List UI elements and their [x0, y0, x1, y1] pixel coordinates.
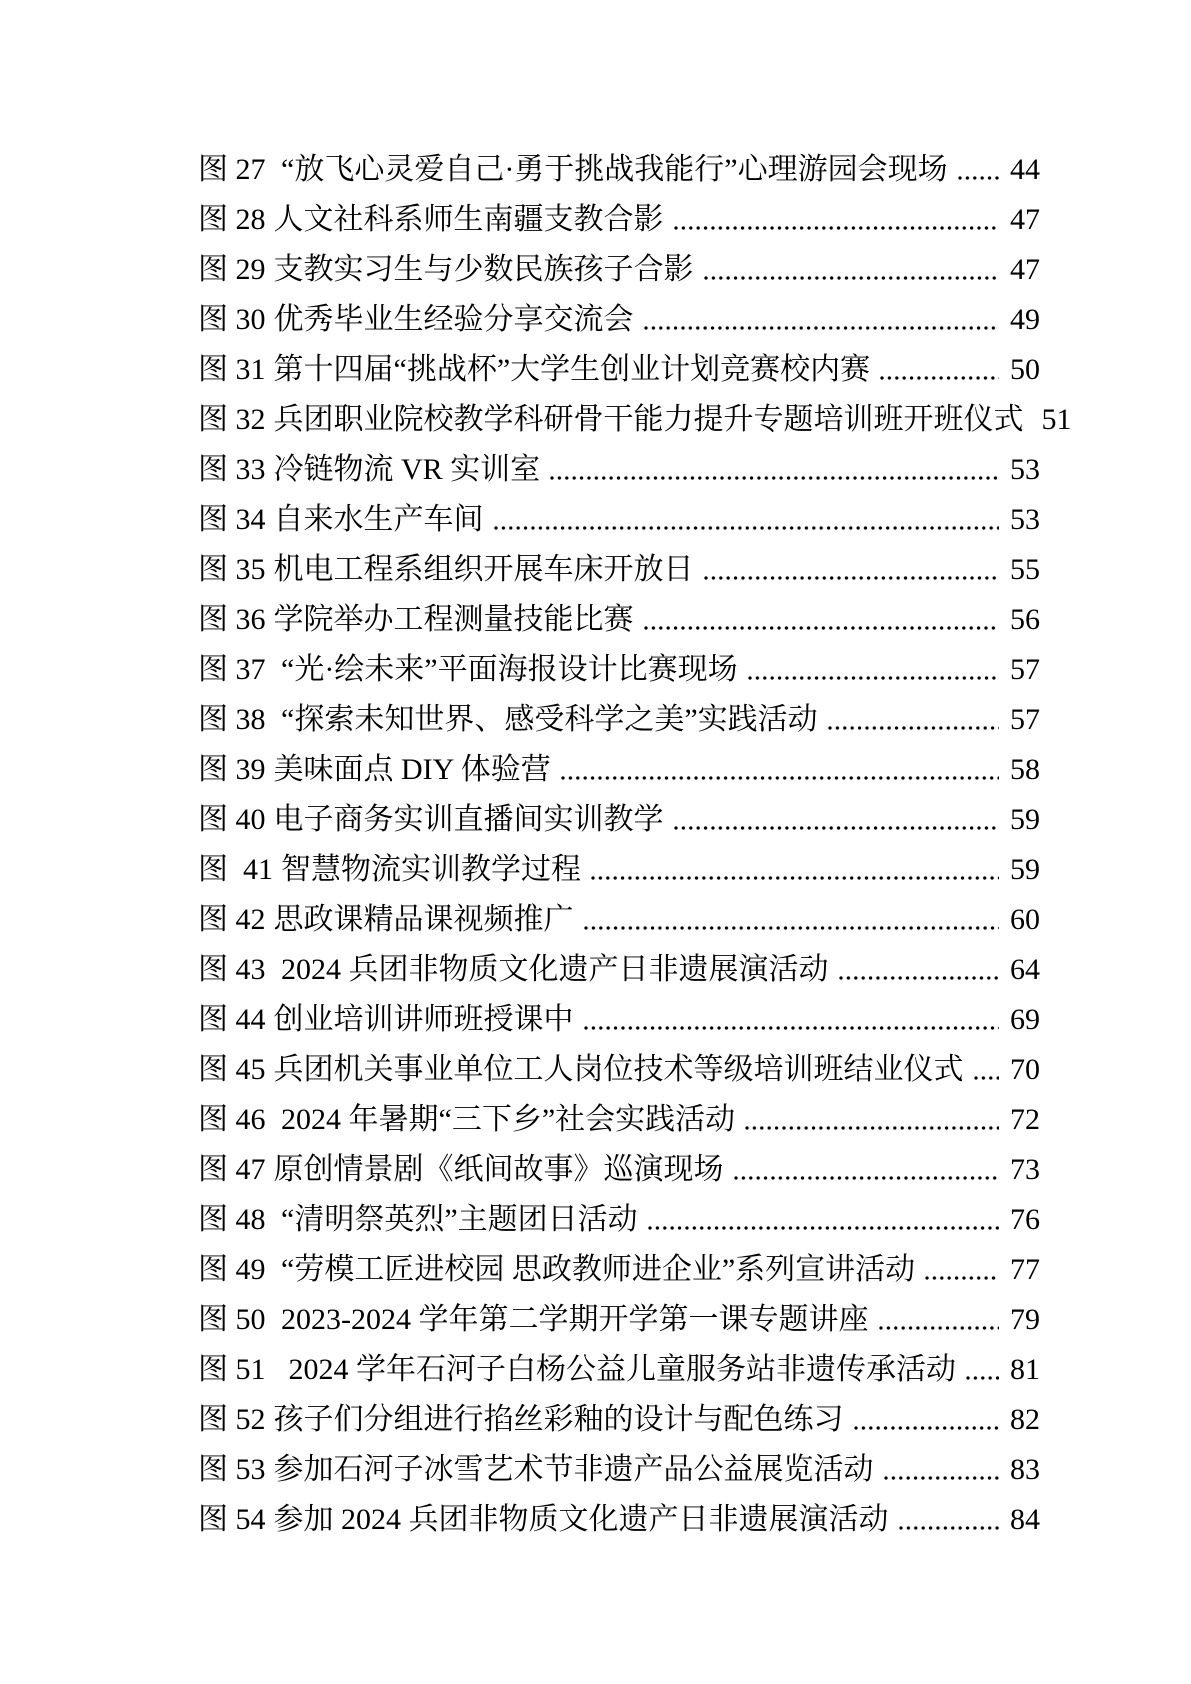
- figure-title: 思政课精品课视频推广: [274, 902, 574, 938]
- dot-leader: [956, 1345, 1006, 1395]
- figure-label: 图 35: [198, 552, 266, 588]
- dot-leader: [735, 1095, 1006, 1145]
- page-number: 44: [1006, 152, 1040, 188]
- page-number: 79: [1006, 1302, 1040, 1338]
- figure-label: 图 41: [198, 852, 273, 888]
- figure-label: 图 44: [198, 1002, 266, 1038]
- figure-label: 图 50: [198, 1302, 266, 1338]
- page-number: 60: [1006, 902, 1040, 938]
- toc-entry: 图 37 “光·绘未来”平面海报设计比赛现场 57: [198, 645, 1040, 695]
- figure-label: 图 29: [198, 252, 266, 288]
- figure-title: “探索未知世界、感受科学之美”实践活动: [274, 702, 818, 738]
- dot-leader: [540, 445, 1006, 495]
- figure-label: 图 38: [198, 702, 266, 738]
- toc-entry: 图 39 美味面点 DIY 体验营 58: [198, 745, 1040, 795]
- toc-entry: 图 35 机电工程系组织开展车床开放日 55: [198, 545, 1040, 595]
- page-number: 55: [1006, 552, 1040, 588]
- figure-title: 电子商务实训直播间实训教学: [274, 802, 664, 838]
- dot-leader: [724, 1145, 1007, 1195]
- figure-title: “清明祭英烈”主题团日活动: [274, 1202, 638, 1238]
- dot-leader: [694, 545, 1007, 595]
- dot-leader: [1024, 395, 1038, 445]
- dot-leader: [664, 195, 1007, 245]
- toc-entry: 图 36 学院举办工程测量技能比赛 56: [198, 595, 1040, 645]
- figure-label: 图 34: [198, 502, 266, 538]
- page-number: 70: [1006, 1052, 1040, 1088]
- figure-title: 孩子们分组进行掐丝彩釉的设计与配色练习: [274, 1402, 844, 1438]
- toc-entry: 图 46 2024 年暑期“三下乡”社会实践活动 72: [198, 1095, 1040, 1145]
- dot-leader: [818, 695, 1006, 745]
- toc-entry: 图 29 支教实习生与少数民族孩子合影 47: [198, 245, 1040, 295]
- figures-list: 图 27 “放飞心灵爱自己·勇于挑战我能行”心理游园会现场 44 图 28 人文…: [0, 0, 1191, 1545]
- dot-leader: [484, 495, 1007, 545]
- figure-title: 人文社科系师生南疆支教合影: [274, 202, 664, 238]
- page-number: 69: [1006, 1002, 1040, 1038]
- figure-label: 图 45: [198, 1052, 266, 1088]
- figure-label: 图 31: [198, 352, 266, 388]
- dot-leader: [869, 1295, 1007, 1345]
- figure-label: 图 51: [198, 1352, 266, 1388]
- toc-entry: 图 44 创业培训讲师班授课中 69: [198, 995, 1040, 1045]
- dot-leader: [915, 1245, 1006, 1295]
- figure-title: 自来水生产车间: [274, 502, 484, 538]
- page-number: 64: [1006, 952, 1040, 988]
- figure-label: 图 37: [198, 652, 266, 688]
- dot-leader: [574, 895, 1007, 945]
- figure-title: 兵团职业院校教学科研骨干能力提升专题培训班开班仪式: [274, 402, 1024, 438]
- figure-title: 支教实习生与少数民族孩子合影: [274, 252, 694, 288]
- toc-entry: 图 48 “清明祭英烈”主题团日活动 76: [198, 1195, 1040, 1245]
- document-page: 图 27 “放飞心灵爱自己·勇于挑战我能行”心理游园会现场 44 图 28 人文…: [0, 0, 1191, 1684]
- figure-label: 图 43: [198, 952, 266, 988]
- dot-leader: [664, 795, 1007, 845]
- figure-title: 机电工程系组织开展车床开放日: [274, 552, 694, 588]
- toc-entry: 图 43 2024 兵团非物质文化遗产日非遗展演活动 64: [198, 945, 1040, 995]
- page-number: 57: [1006, 652, 1040, 688]
- page-number: 51: [1038, 402, 1072, 438]
- dot-leader: [574, 995, 1007, 1045]
- figure-title: 优秀毕业生经验分享交流会: [274, 302, 634, 338]
- page-number: 76: [1006, 1202, 1040, 1238]
- page-number: 57: [1006, 702, 1040, 738]
- page-number: 83: [1006, 1452, 1040, 1488]
- figure-label: 图 40: [198, 802, 266, 838]
- figure-label: 图 36: [198, 602, 266, 638]
- figure-title: 第十四届“挑战杯”大学生创业计划竞赛校内赛: [274, 352, 871, 388]
- figure-label: 图 46: [198, 1102, 266, 1138]
- toc-entry: 图 45 兵团机关事业单位工人岗位技术等级培训班结业仪式 70: [198, 1045, 1040, 1095]
- page-number: 47: [1006, 202, 1040, 238]
- page-number: 73: [1006, 1152, 1040, 1188]
- toc-entry: 图 54 参加 2024 兵团非物质文化遗产日非遗展演活动 84: [198, 1495, 1040, 1545]
- page-number: 82: [1006, 1402, 1040, 1438]
- figure-label: 图 30: [198, 302, 266, 338]
- toc-entry: 图 50 2023-2024 学年第二学期开学第一课专题讲座 79: [198, 1295, 1040, 1345]
- figure-label: 图 28: [198, 202, 266, 238]
- page-number: 59: [1006, 802, 1040, 838]
- figure-title: 智慧物流实训教学过程: [281, 852, 581, 888]
- page-number: 49: [1006, 302, 1040, 338]
- figure-title: 2024 年暑期“三下乡”社会实践活动: [274, 1102, 736, 1138]
- figure-label: 图 47: [198, 1152, 266, 1188]
- dot-leader: [551, 745, 1006, 795]
- toc-entry: 图 52 孩子们分组进行掐丝彩釉的设计与配色练习 82: [198, 1395, 1040, 1445]
- figure-title: 学院举办工程测量技能比赛: [274, 602, 634, 638]
- toc-entry: 图 49 “劳模工匠进校园 思政教师进企业”系列宣讲活动 77: [198, 1245, 1040, 1295]
- figure-title: “劳模工匠进校园 思政教师进企业”系列宣讲活动: [274, 1252, 916, 1288]
- dot-leader: [634, 595, 1007, 645]
- page-number: 84: [1006, 1502, 1040, 1538]
- toc-entry: 图 33 冷链物流 VR 实训室 53: [198, 445, 1040, 495]
- figure-label: 图 27: [198, 152, 266, 188]
- figure-title: “光·绘未来”平面海报设计比赛现场: [274, 652, 738, 688]
- dot-leader: [874, 1445, 1007, 1495]
- dot-leader: [844, 1395, 1007, 1445]
- figure-title: 2024 兵团非物质文化遗产日非遗展演活动: [274, 952, 829, 988]
- figure-title: 美味面点 DIY 体验营: [274, 752, 551, 788]
- page-number: 81: [1006, 1352, 1040, 1388]
- page-number: 47: [1006, 252, 1040, 288]
- figure-label: 图 32: [198, 402, 266, 438]
- dot-leader: [829, 945, 1007, 995]
- page-number: 53: [1006, 502, 1040, 538]
- toc-entry: 图 38 “探索未知世界、感受科学之美”实践活动 57: [198, 695, 1040, 745]
- toc-entry: 图 27 “放飞心灵爱自己·勇于挑战我能行”心理游园会现场 44: [198, 145, 1040, 195]
- toc-entry: 图 40 电子商务实训直播间实训教学 59: [198, 795, 1040, 845]
- page-number: 59: [1006, 852, 1040, 888]
- figure-label: 图 54: [198, 1502, 266, 1538]
- figure-title: “放飞心灵爱自己·勇于挑战我能行”心理游园会现场: [274, 152, 948, 188]
- toc-entry: 图 53 参加石河子冰雪艺术节非遗产品公益展览活动 83: [198, 1445, 1040, 1495]
- dot-leader: [634, 295, 1007, 345]
- page-number: 53: [1006, 452, 1040, 488]
- figure-label: 图 39: [198, 752, 266, 788]
- toc-entry: 图 42 思政课精品课视频推广 60: [198, 895, 1040, 945]
- page-number: 56: [1006, 602, 1040, 638]
- toc-entry: 图 41 智慧物流实训教学过程 59: [198, 845, 1040, 895]
- dot-leader: [889, 1495, 1007, 1545]
- page-number: 50: [1006, 352, 1040, 388]
- figure-title: 创业培训讲师班授课中: [274, 1002, 574, 1038]
- toc-entry: 图 31 第十四届“挑战杯”大学生创业计划竞赛校内赛 50: [198, 345, 1040, 395]
- dot-leader: [694, 245, 1007, 295]
- figure-label: 图 42: [198, 902, 266, 938]
- toc-entry: 图 28 人文社科系师生南疆支教合影 47: [198, 195, 1040, 245]
- dot-leader: [948, 145, 1006, 195]
- toc-entry: 图 30 优秀毕业生经验分享交流会 49: [198, 295, 1040, 345]
- dot-leader: [870, 345, 1006, 395]
- figure-title: 冷链物流 VR 实训室: [274, 452, 541, 488]
- figure-title: 参加 2024 兵团非物质文化遗产日非遗展演活动: [274, 1502, 889, 1538]
- page-number: 72: [1006, 1102, 1040, 1138]
- figure-title: 原创情景剧《纸间故事》巡演现场: [274, 1152, 724, 1188]
- dot-leader: [581, 845, 1006, 895]
- dot-leader: [964, 1045, 1007, 1095]
- dot-leader: [738, 645, 1006, 695]
- page-number: 77: [1006, 1252, 1040, 1288]
- figure-title: 兵团机关事业单位工人岗位技术等级培训班结业仪式: [274, 1052, 964, 1088]
- figure-label: 图 48: [198, 1202, 266, 1238]
- toc-entry: 图 51 2024 学年石河子白杨公益儿童服务站非遗传承活动 81: [198, 1345, 1040, 1395]
- figure-label: 图 53: [198, 1452, 266, 1488]
- dot-leader: [638, 1195, 1006, 1245]
- figure-title: 2024 学年石河子白杨公益儿童服务站非遗传承活动: [274, 1352, 957, 1388]
- toc-entry: 图 32 兵团职业院校教学科研骨干能力提升专题培训班开班仪式 51: [198, 395, 1040, 445]
- figure-title: 2023-2024 学年第二学期开学第一课专题讲座: [274, 1302, 869, 1338]
- figure-label: 图 52: [198, 1402, 266, 1438]
- toc-entry: 图 47 原创情景剧《纸间故事》巡演现场 73: [198, 1145, 1040, 1195]
- figure-label: 图 49: [198, 1252, 266, 1288]
- page-number: 58: [1006, 752, 1040, 788]
- figure-label: 图 33: [198, 452, 266, 488]
- toc-entry: 图 34 自来水生产车间 53: [198, 495, 1040, 545]
- figure-title: 参加石河子冰雪艺术节非遗产品公益展览活动: [274, 1452, 874, 1488]
